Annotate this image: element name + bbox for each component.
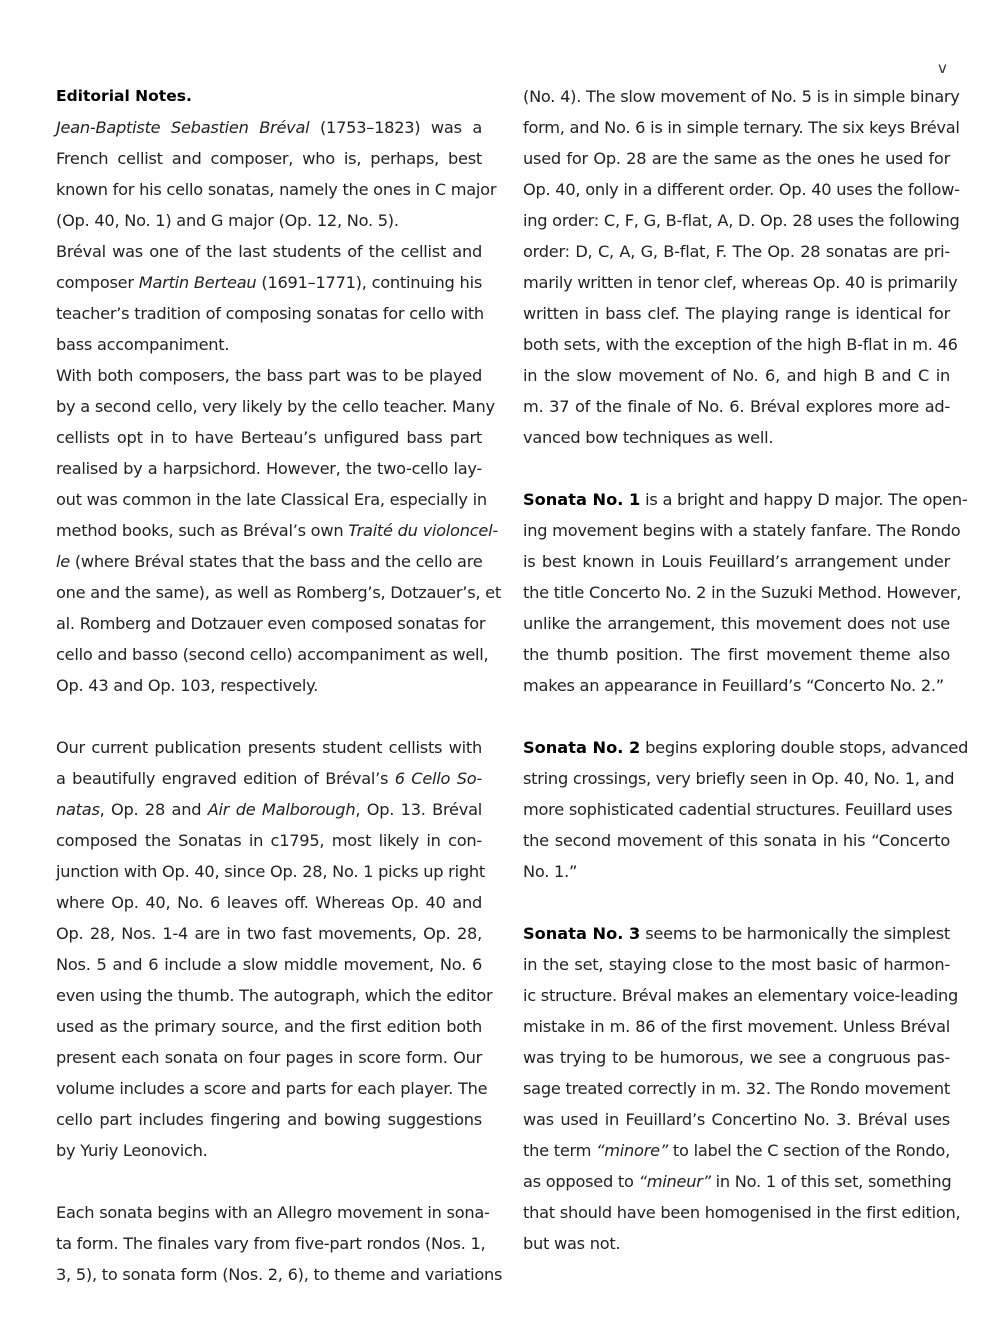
left-column: Editorial Notes. Jean-Baptiste Sebastien… <box>56 81 482 1290</box>
text-run: 3, 5), to sonata form (Nos. 2, 6), to th… <box>56 1265 502 1284</box>
text-run: volume includes a score and parts for ea… <box>56 1079 487 1098</box>
text-run: Op. 43 and Op. 103, respectively. <box>56 676 318 695</box>
text-run: is a bright and happy D major. The open- <box>640 490 967 509</box>
text-line: one and the same), as well as Romberg’s,… <box>56 577 482 608</box>
text-line: by Yuriy Leonovich. <box>56 1135 482 1166</box>
text-run: teacher’s tradition of composing sonatas… <box>56 304 484 323</box>
text-run: sage treated correctly in m. 32. The Ron… <box>523 1079 950 1098</box>
text-run: is best known in Louis Feuillard’s arran… <box>523 552 950 571</box>
text-line: cellists opt in to have Berteau’s unfigu… <box>56 422 482 453</box>
text-run: ing order: C, F, G, B-flat, A, D. Op. 28… <box>523 211 960 230</box>
text-run: known for his cello sonatas, namely the … <box>56 180 496 199</box>
text-run: cellists opt in to have Berteau’s unfigu… <box>56 428 482 447</box>
italic-text: Traité du violoncel- <box>348 521 498 540</box>
text-line: ic structure. Bréval makes an elementary… <box>523 980 950 1011</box>
text-run: the term <box>523 1141 596 1160</box>
text-run: one and the same), as well as Romberg’s,… <box>56 583 501 602</box>
text-line: known for his cello sonatas, namely the … <box>56 174 482 205</box>
text-line: junction with Op. 40, since Op. 28, No. … <box>56 856 482 887</box>
text-run: cello and basso (second cello) accompani… <box>56 645 488 664</box>
text-line: ta form. The finales vary from five-part… <box>56 1228 482 1259</box>
text-run: more sophisticated cadential structures.… <box>523 800 952 819</box>
text-run: (where Bréval states that the bass and t… <box>70 552 483 571</box>
text-run: composer <box>56 273 139 292</box>
text-run: as opposed to <box>523 1172 639 1191</box>
text-line: order: D, C, A, G, B-flat, F. The Op. 28… <box>523 236 950 267</box>
text-run: form, and No. 6 is in simple ternary. Th… <box>523 118 960 137</box>
text-run: where Op. 40, No. 6 leaves off. Whereas … <box>56 893 482 912</box>
text-run: ta form. The finales vary from five-part… <box>56 1234 485 1253</box>
text-line: marily written in tenor clef, whereas Op… <box>523 267 950 298</box>
left-column-text: Jean-Baptiste Sebastien Bréval (1753–182… <box>56 112 482 1290</box>
text-run: al. Romberg and Dotzauer even composed s… <box>56 614 485 633</box>
text-run: but was not. <box>523 1234 620 1253</box>
text-run: bass accompaniment. <box>56 335 229 354</box>
text-run: begins exploring double stops, advanced <box>640 738 968 757</box>
text-line: was trying to be humorous, we see a cong… <box>523 1042 950 1073</box>
text-line: Our current publication presents student… <box>56 732 482 763</box>
text-run: present each sonata on four pages in sco… <box>56 1048 482 1067</box>
text-run: French cellist and composer, who is, per… <box>56 149 482 168</box>
text-run: cello part includes fingering and bowing… <box>56 1110 482 1129</box>
text-line: a beautifully engraved edition of Bréval… <box>56 763 482 794</box>
text-line: the second movement of this sonata in hi… <box>523 825 950 856</box>
text-run: string crossings, very briefly seen in O… <box>523 769 954 788</box>
text-line: Nos. 5 and 6 include a slow middle movem… <box>56 949 482 980</box>
text-line: le (where Bréval states that the bass an… <box>56 546 482 577</box>
text-line: as opposed to “mineur” in No. 1 of this … <box>523 1166 950 1197</box>
text-run: , Op. 13. Bréval <box>355 800 482 819</box>
text-line: out was common in the late Classical Era… <box>56 484 482 515</box>
bold-lead-in: Sonata No. 3 <box>523 924 640 943</box>
text-run: unlike the arrangement, this movement do… <box>523 614 950 633</box>
text-line: sage treated correctly in m. 32. The Ron… <box>523 1073 950 1104</box>
bold-lead-in: Sonata No. 1 <box>523 490 640 509</box>
text-line: the title Concerto No. 2 in the Suzuki M… <box>523 577 950 608</box>
text-run: both sets, with the exception of the hig… <box>523 335 958 354</box>
section-heading: Editorial Notes. <box>56 81 482 112</box>
paragraph-gap <box>523 887 950 918</box>
text-line: in the set, staying close to the most ba… <box>523 949 950 980</box>
text-line: Sonata No. 3 seems to be harmonically th… <box>523 918 950 949</box>
text-run: used for Op. 28 are the same as the ones… <box>523 149 950 168</box>
text-run: order: D, C, A, G, B-flat, F. The Op. 28… <box>523 242 950 261</box>
text-line: the term “minore” to label the C section… <box>523 1135 950 1166</box>
text-line: Sonata No. 2 begins exploring double sto… <box>523 732 950 763</box>
text-line: With both composers, the bass part was t… <box>56 360 482 391</box>
text-line: cello part includes fingering and bowing… <box>56 1104 482 1135</box>
italic-text: 6 Cello So- <box>395 769 482 788</box>
text-line: Op. 28, Nos. 1-4 are in two fast movemen… <box>56 918 482 949</box>
text-run: makes an appearance in Feuillard’s “Conc… <box>523 676 944 695</box>
text-run: Nos. 5 and 6 include a slow middle movem… <box>56 955 482 974</box>
text-line: bass accompaniment. <box>56 329 482 360</box>
text-run: Our current publication presents student… <box>56 738 482 757</box>
text-line: ing order: C, F, G, B-flat, A, D. Op. 28… <box>523 205 950 236</box>
text-line: vanced bow techniques as well. <box>523 422 950 453</box>
text-run: method books, such as Bréval’s own <box>56 521 348 540</box>
text-line: even using the thumb. The autograph, whi… <box>56 980 482 1011</box>
italic-text: “minore” <box>596 1141 668 1160</box>
text-run: used as the primary source, and the firs… <box>56 1017 482 1036</box>
text-line: (No. 4). The slow movement of No. 5 is i… <box>523 81 950 112</box>
text-line: m. 37 of the finale of No. 6. Bréval exp… <box>523 391 950 422</box>
text-run: ic structure. Bréval makes an elementary… <box>523 986 958 1005</box>
text-line: volume includes a score and parts for ea… <box>56 1073 482 1104</box>
text-line: in the slow movement of No. 6, and high … <box>523 360 950 391</box>
text-run: No. 1.” <box>523 862 577 881</box>
text-run: Op. 40, only in a different order. Op. 4… <box>523 180 960 199</box>
text-run: in the set, staying close to the most ba… <box>523 955 950 974</box>
text-run: even using the thumb. The autograph, whi… <box>56 986 492 1005</box>
text-line: mistake in m. 86 of the first movement. … <box>523 1011 950 1042</box>
text-line: Op. 40, only in a different order. Op. 4… <box>523 174 950 205</box>
text-line: more sophisticated cadential structures.… <box>523 794 950 825</box>
text-run: out was common in the late Classical Era… <box>56 490 487 509</box>
paragraph-gap <box>56 701 482 732</box>
text-line: Bréval was one of the last students of t… <box>56 236 482 267</box>
text-line: used as the primary source, and the firs… <box>56 1011 482 1042</box>
text-line: string crossings, very briefly seen in O… <box>523 763 950 794</box>
italic-text: natas <box>56 800 100 819</box>
text-run: the thumb position. The first movement t… <box>523 645 950 664</box>
text-run: mistake in m. 86 of the first movement. … <box>523 1017 950 1036</box>
text-line: makes an appearance in Feuillard’s “Conc… <box>523 670 950 701</box>
bold-lead-in: Sonata No. 2 <box>523 738 640 757</box>
right-column: (No. 4). The slow movement of No. 5 is i… <box>523 81 950 1259</box>
text-line: realised by a harpsichord. However, the … <box>56 453 482 484</box>
text-line: the thumb position. The first movement t… <box>523 639 950 670</box>
text-line: Sonata No. 1 is a bright and happy D maj… <box>523 484 950 515</box>
text-run: in the slow movement of No. 6, and high … <box>523 366 950 385</box>
text-line: Jean-Baptiste Sebastien Bréval (1753–182… <box>56 112 482 143</box>
text-run: by Yuriy Leonovich. <box>56 1141 208 1160</box>
text-line: present each sonata on four pages in sco… <box>56 1042 482 1073</box>
text-run: that should have been homogenised in the… <box>523 1203 960 1222</box>
text-run: (No. 4). The slow movement of No. 5 is i… <box>523 87 960 106</box>
text-run: (1753–1823) was a <box>309 118 482 137</box>
text-line: that should have been homogenised in the… <box>523 1197 950 1228</box>
text-line: method books, such as Bréval’s own Trait… <box>56 515 482 546</box>
text-run: composed the Sonatas in c1795, most like… <box>56 831 482 850</box>
text-line: (Op. 40, No. 1) and G major (Op. 12, No.… <box>56 205 482 236</box>
text-line: natas, Op. 28 and Air de Malborough, Op.… <box>56 794 482 825</box>
text-run: junction with Op. 40, since Op. 28, No. … <box>56 862 485 881</box>
text-run: ing movement begins with a stately fanfa… <box>523 521 960 540</box>
text-run: the second movement of this sonata in hi… <box>523 831 950 850</box>
text-line: unlike the arrangement, this movement do… <box>523 608 950 639</box>
italic-text: Martin Berteau <box>139 273 257 292</box>
italic-text: Air de Malborough <box>208 800 356 819</box>
text-line: by a second cello, very likely by the ce… <box>56 391 482 422</box>
text-line: composer Martin Berteau (1691–1771), con… <box>56 267 482 298</box>
text-line: 3, 5), to sonata form (Nos. 2, 6), to th… <box>56 1259 482 1290</box>
text-run: Each sonata begins with an Allegro movem… <box>56 1203 490 1222</box>
text-run: was trying to be humorous, we see a cong… <box>523 1048 950 1067</box>
text-line: al. Romberg and Dotzauer even composed s… <box>56 608 482 639</box>
text-run: in No. 1 of this set, something <box>711 1172 952 1191</box>
text-run: , Op. 28 and <box>100 800 208 819</box>
text-run: to label the C section of the Rondo, <box>668 1141 950 1160</box>
text-run: Bréval was one of the last students of t… <box>56 242 482 261</box>
text-run: vanced bow techniques as well. <box>523 428 773 447</box>
text-line: cello and basso (second cello) accompani… <box>56 639 482 670</box>
text-run: Op. 28, Nos. 1-4 are in two fast movemen… <box>56 924 482 943</box>
text-line: French cellist and composer, who is, per… <box>56 143 482 174</box>
text-line: written in bass clef. The playing range … <box>523 298 950 329</box>
right-column-text: (No. 4). The slow movement of No. 5 is i… <box>523 81 950 1259</box>
italic-text: Jean-Baptiste Sebastien Bréval <box>56 118 309 137</box>
text-line: Op. 43 and Op. 103, respectively. <box>56 670 482 701</box>
text-run: (1691–1771), continuing his <box>256 273 482 292</box>
text-line: both sets, with the exception of the hig… <box>523 329 950 360</box>
italic-text: “mineur” <box>639 1172 711 1191</box>
text-line: where Op. 40, No. 6 leaves off. Whereas … <box>56 887 482 918</box>
text-run: With both composers, the bass part was t… <box>56 366 482 385</box>
paragraph-gap <box>56 1166 482 1197</box>
text-line: ing movement begins with a stately fanfa… <box>523 515 950 546</box>
text-run: (Op. 40, No. 1) and G major (Op. 12, No.… <box>56 211 399 230</box>
text-run: realised by a harpsichord. However, the … <box>56 459 482 478</box>
paragraph-gap <box>523 453 950 484</box>
italic-text: le <box>56 552 70 571</box>
text-run: by a second cello, very likely by the ce… <box>56 397 495 416</box>
text-run: the title Concerto No. 2 in the Suzuki M… <box>523 583 961 602</box>
text-run: marily written in tenor clef, whereas Op… <box>523 273 957 292</box>
page-number: v <box>938 59 947 77</box>
text-line: Each sonata begins with an Allegro movem… <box>56 1197 482 1228</box>
text-run: written in bass clef. The playing range … <box>523 304 950 323</box>
text-line: used for Op. 28 are the same as the ones… <box>523 143 950 174</box>
text-run: m. 37 of the finale of No. 6. Bréval exp… <box>523 397 950 416</box>
text-line: but was not. <box>523 1228 950 1259</box>
text-line: No. 1.” <box>523 856 950 887</box>
text-line: was used in Feuillard’s Concertino No. 3… <box>523 1104 950 1135</box>
text-run: a beautifully engraved edition of Bréval… <box>56 769 395 788</box>
text-line: composed the Sonatas in c1795, most like… <box>56 825 482 856</box>
paragraph-gap <box>523 701 950 732</box>
text-run: was used in Feuillard’s Concertino No. 3… <box>523 1110 950 1129</box>
text-line: is best known in Louis Feuillard’s arran… <box>523 546 950 577</box>
text-line: teacher’s tradition of composing sonatas… <box>56 298 482 329</box>
text-run: seems to be harmonically the simplest <box>640 924 950 943</box>
text-line: form, and No. 6 is in simple ternary. Th… <box>523 112 950 143</box>
